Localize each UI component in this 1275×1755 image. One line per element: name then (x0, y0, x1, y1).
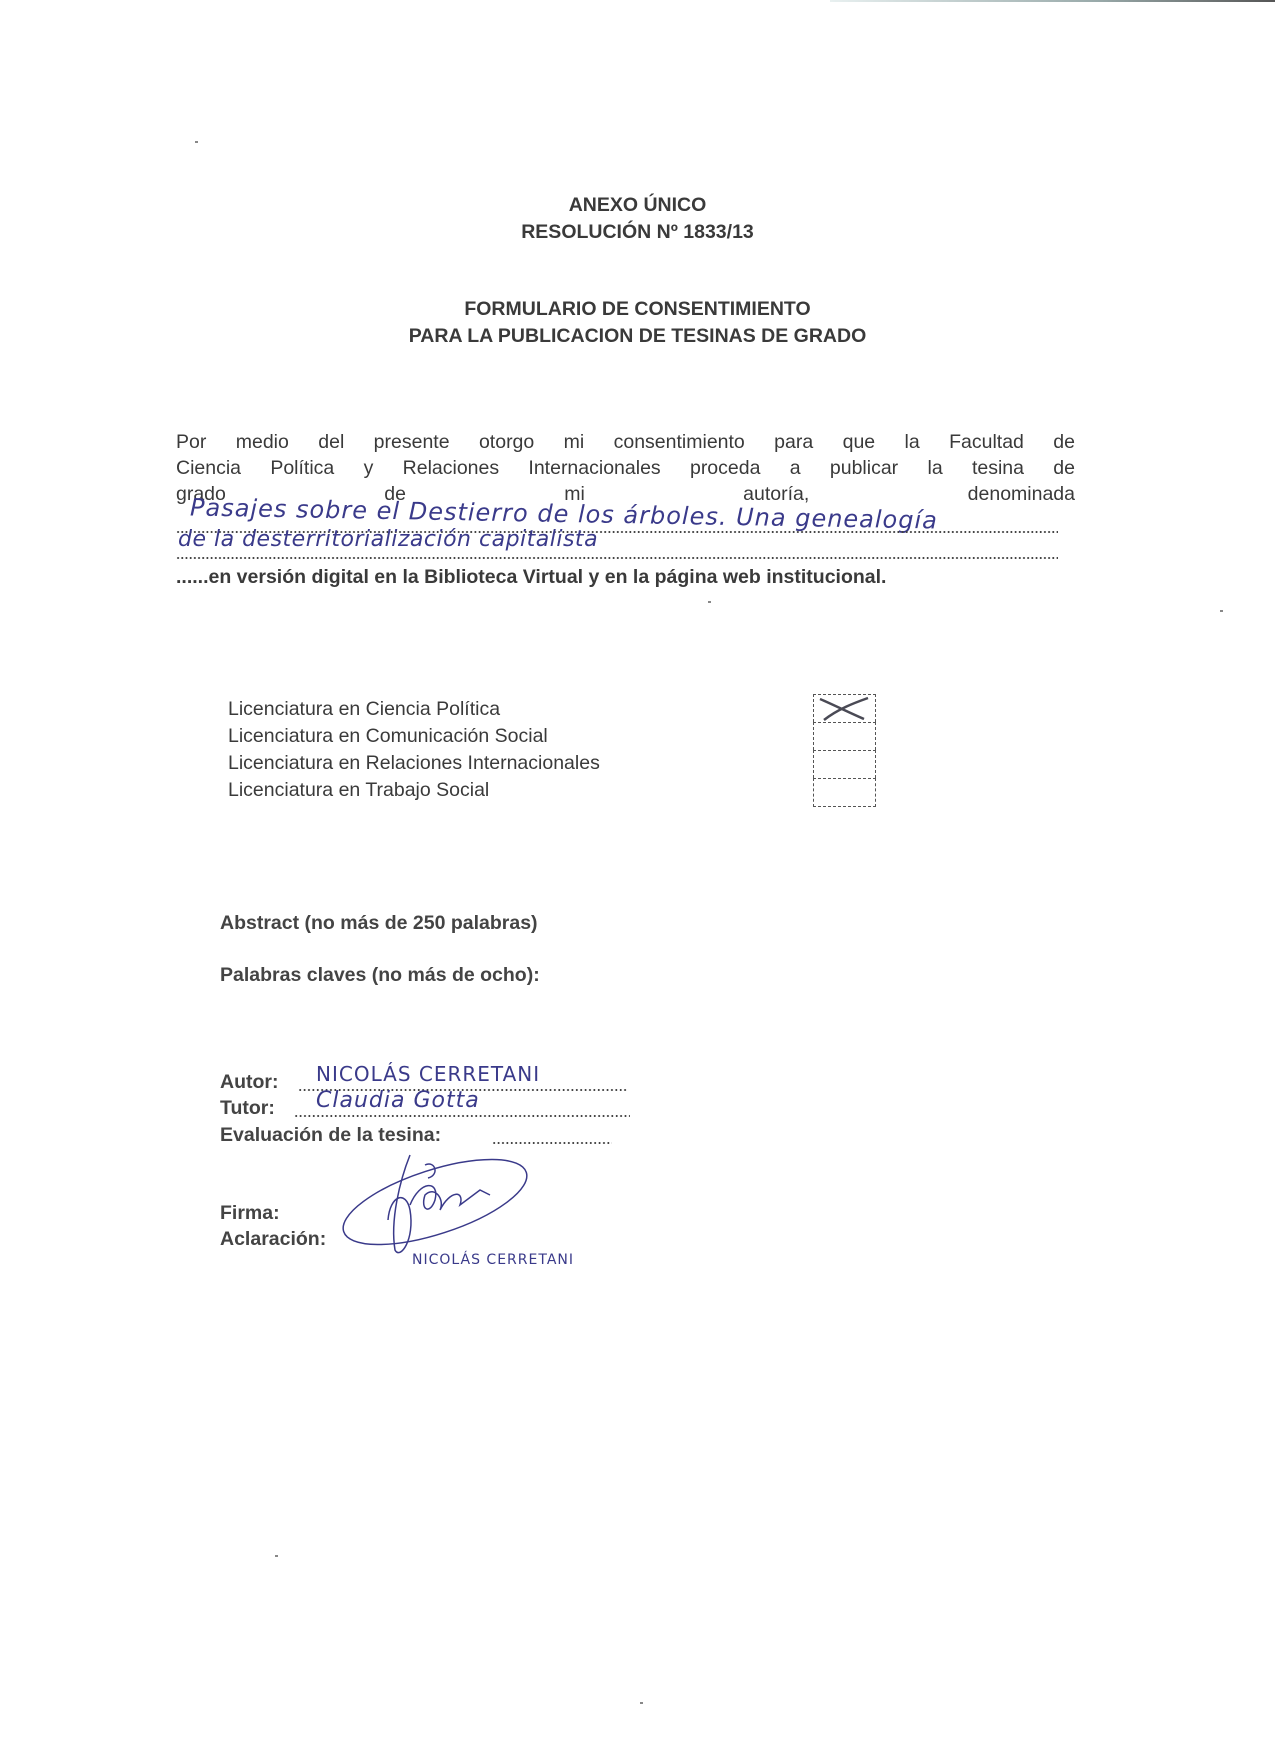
clarification-label: Aclaración: (220, 1228, 326, 1251)
tutor-dotted-line (294, 1115, 630, 1117)
signature-icon (340, 1150, 540, 1265)
scan-speck (708, 601, 711, 603)
checkbox-trabajo-social[interactable] (813, 778, 876, 807)
evaluation-label: Evaluación de la tesina: (220, 1124, 441, 1147)
signature-label: Firma: (220, 1202, 280, 1225)
annex-title: ANEXO ÚNICO (0, 194, 1275, 217)
scan-speck (640, 1702, 643, 1704)
scan-speck (195, 141, 198, 143)
thesis-title-handwritten-2: de la desterritorialización capitalista (178, 527, 598, 552)
checkbox-relaciones-internacionales[interactable] (813, 750, 876, 778)
resolution-number: RESOLUCIÓN Nº 1833/13 (0, 221, 1275, 244)
x-mark-icon (814, 695, 877, 722)
scan-speck (1220, 610, 1223, 612)
scan-speck (275, 1555, 278, 1557)
abstract-label: Abstract (no más de 250 palabras) (220, 912, 538, 935)
evaluation-dotted-line[interactable] (492, 1142, 612, 1144)
consent-line-2: Ciencia Política y Relaciones Internacio… (176, 456, 1075, 481)
checkbox-ciencia-politica[interactable] (813, 694, 876, 722)
consent-line-1: Por medio del presente otorgo mi consent… (176, 430, 1075, 455)
degree-comunicacion-social: Licenciatura en Comunicación Social (228, 725, 548, 748)
keywords-label: Palabras claves (no más de ocho): (220, 964, 540, 987)
author-label: Autor: (220, 1071, 278, 1094)
consent-line-4: ......en versión digital en la Bibliotec… (176, 565, 1075, 590)
form-subtitle: PARA LA PUBLICACION DE TESINAS DE GRADO (0, 325, 1275, 348)
degree-checkboxes (813, 694, 876, 807)
form-title: FORMULARIO DE CONSENTIMIENTO (0, 298, 1275, 321)
checkbox-comunicacion-social[interactable] (813, 722, 876, 750)
author-value[interactable]: NICOLÁS CERRETANI (316, 1062, 540, 1086)
scan-edge (830, 0, 1275, 2)
degree-ciencia-politica: Licenciatura en Ciencia Política (228, 698, 500, 721)
clarification-value[interactable]: NICOLÁS CERRETANI (412, 1252, 574, 1268)
degree-trabajo-social: Licenciatura en Trabajo Social (228, 779, 489, 802)
degree-relaciones-internacionales: Licenciatura en Relaciones Internacional… (228, 752, 600, 775)
tutor-label: Tutor: (220, 1097, 275, 1120)
dotted-line (176, 557, 1058, 559)
tutor-value[interactable]: Claudia Gotta (316, 1088, 480, 1113)
